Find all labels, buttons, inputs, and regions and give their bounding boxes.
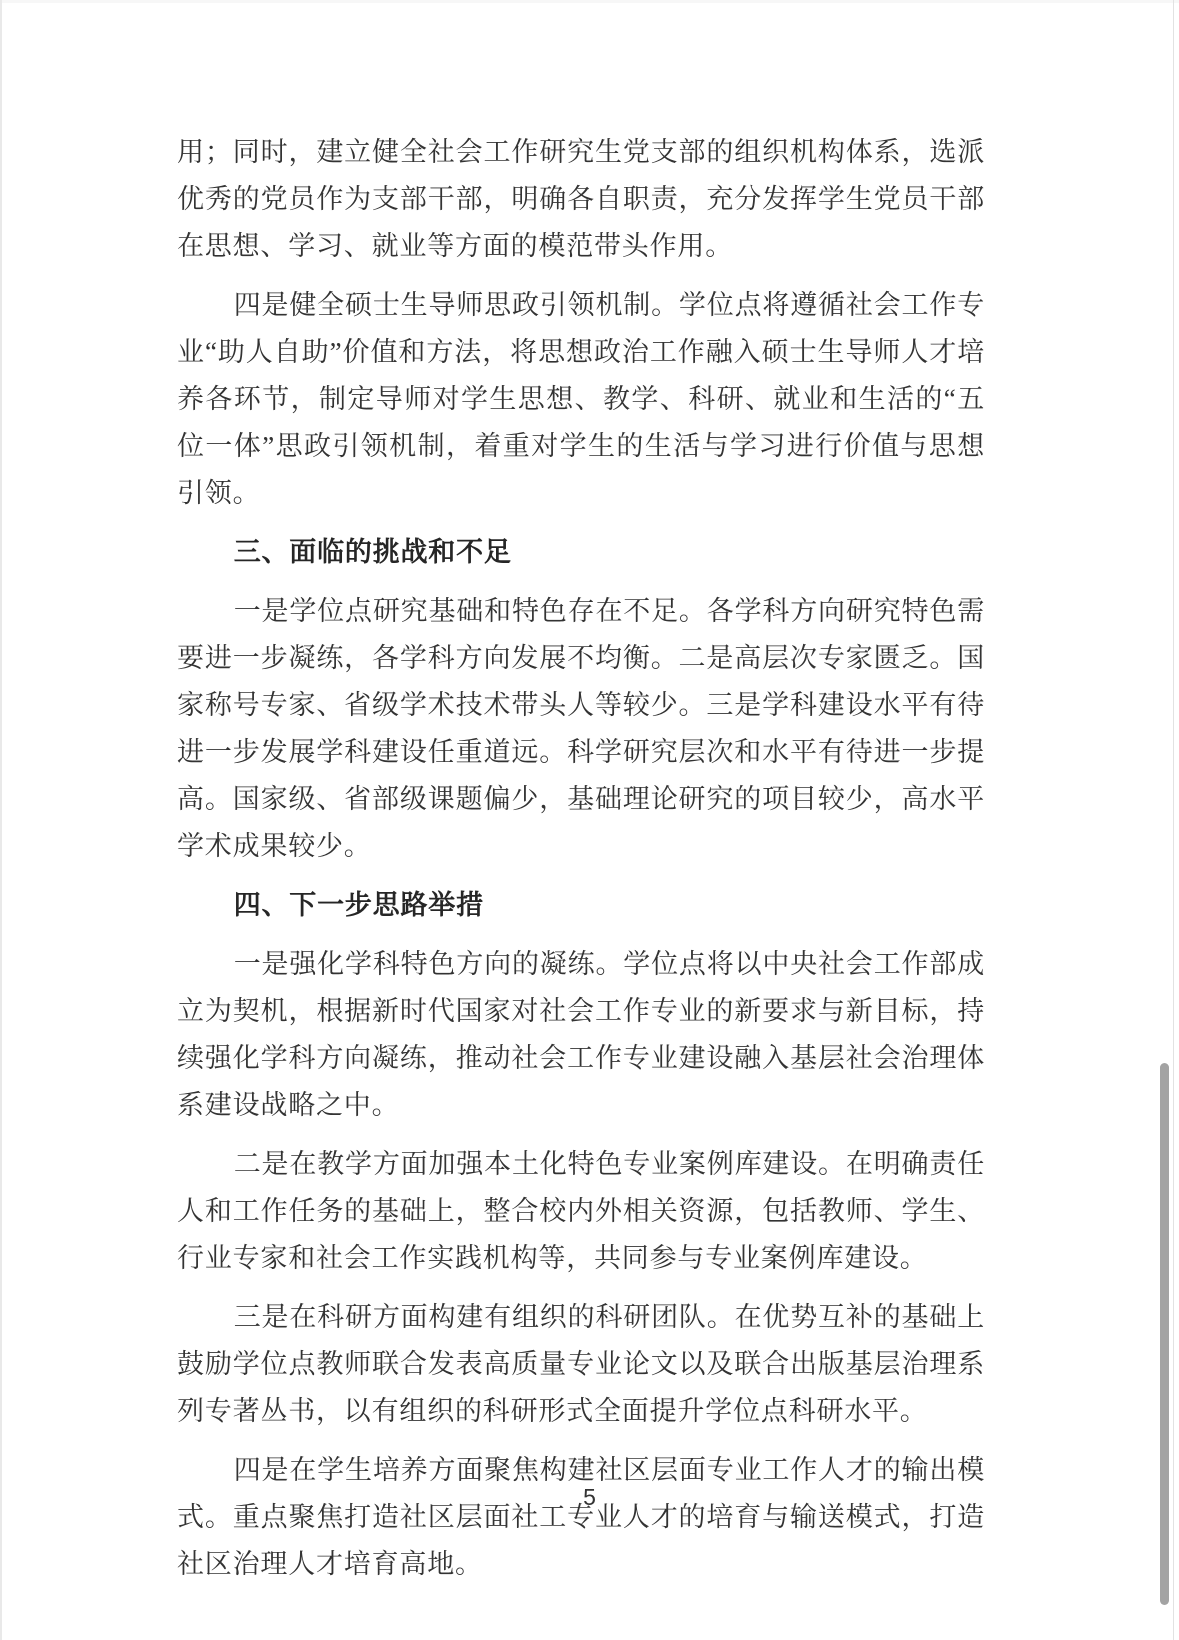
paragraph: 一是学位点研究基础和特色存在不足。各学科方向研究特色需要进一步凝练，各学科方向发… bbox=[177, 588, 985, 870]
paragraph: 四是在学生培养方面聚焦构建社区层面专业工作人才的输出模式。重点聚焦打造社区层面社… bbox=[177, 1447, 985, 1588]
section-heading: 四、下一步思路举措 bbox=[177, 882, 985, 929]
paragraph: 四是健全硕士生导师思政引领机制。学位点将遵循社会工作专业“助人自助”价值和方法，… bbox=[177, 282, 985, 517]
page-left-edge bbox=[0, 0, 2, 1640]
page-right-edge bbox=[1173, 0, 1174, 1640]
document-page-content: 用；同时，建立健全社会工作研究生党支部的组织机构体系，选派优秀的党员作为支部干部… bbox=[177, 129, 985, 1588]
paragraph: 三是在科研方面构建有组织的科研团队。在优势互补的基础上鼓励学位点教师联合发表高质… bbox=[177, 1294, 985, 1435]
page-top-edge bbox=[0, 0, 1179, 3]
paragraph: 二是在教学方面加强本土化特色专业案例库建设。在明确责任人和工作任务的基础上，整合… bbox=[177, 1141, 985, 1282]
paragraph: 一是强化学科特色方向的凝练。学位点将以中央社会工作部成立为契机，根据新时代国家对… bbox=[177, 941, 985, 1129]
document-viewer: 用；同时，建立健全社会工作研究生党支部的组织机构体系，选派优秀的党员作为支部干部… bbox=[0, 0, 1179, 1640]
paragraph: 用；同时，建立健全社会工作研究生党支部的组织机构体系，选派优秀的党员作为支部干部… bbox=[177, 129, 985, 270]
section-heading: 三、面临的挑战和不足 bbox=[177, 529, 985, 576]
scrollbar-thumb[interactable] bbox=[1160, 1063, 1169, 1605]
page-number: 5 bbox=[0, 1482, 1179, 1512]
